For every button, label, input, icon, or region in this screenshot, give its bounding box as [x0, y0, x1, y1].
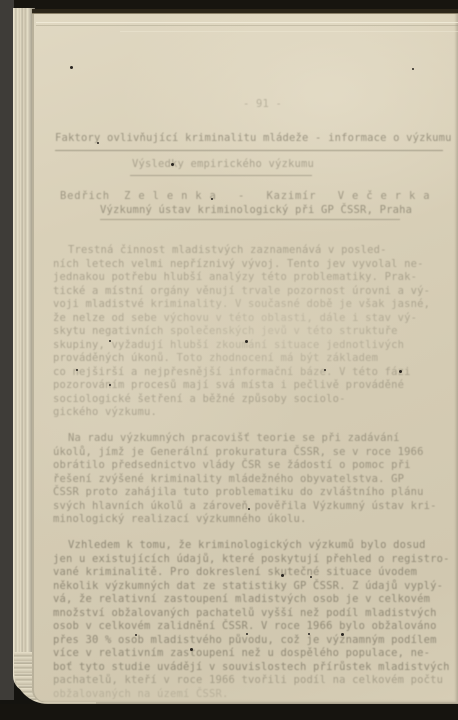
- text-line: řešení zvýšené kriminality mládežného ob…: [53, 473, 404, 487]
- text-line: vané kriminalitě. Pro dokreslení skutečn…: [53, 566, 417, 580]
- text-line: jednakou potřebu hlubší analýzy této pro…: [53, 271, 417, 285]
- dust-speck: [109, 340, 111, 342]
- text-line: co nejširší a nejpřesnější informační bá…: [53, 366, 411, 380]
- text-line: Trestná činnost mladistvých zaznamenává …: [68, 244, 387, 258]
- authors-line: Bedřich Z e l e n k a - Kazimír V e č e …: [60, 190, 430, 204]
- text-line: více v relativním zastoupení než u dospě…: [53, 647, 430, 661]
- text-line: prováděných úkonů. Toto zhodnocení má bý…: [53, 352, 378, 366]
- text-line: obžalovaných na území ČSSR.: [53, 688, 229, 702]
- dust-speck: [248, 508, 250, 510]
- text-line: přes 30 % osob mladistvého původu, což j…: [53, 634, 437, 648]
- dust-speck: [76, 369, 78, 371]
- dust-speck: [135, 634, 137, 636]
- article-subheading: Výsledky empirického výzkumu: [132, 158, 314, 172]
- page-crease: [36, 22, 458, 23]
- dust-speck: [211, 198, 213, 200]
- dust-speck: [281, 574, 284, 577]
- dust-speck: [341, 633, 344, 636]
- text-line: gického výzkumu.: [53, 406, 157, 420]
- page-top-edge: [32, 9, 458, 13]
- text-line: svých hlavních úkolů a zároveň pověřila …: [53, 500, 437, 514]
- text-line: minologický realizací výzkumného úkolu.: [53, 513, 307, 527]
- text-line: pachatelů, kteří v roce 1966 tvořili pod…: [53, 674, 443, 688]
- text-line: sociologické šetření a běžné způsoby soc…: [53, 393, 346, 407]
- scan-bottom-border: [0, 704, 458, 720]
- text-line: několik výzkumných dat ze statistiky GP …: [53, 580, 443, 594]
- dust-speck: [324, 369, 326, 371]
- dust-speck: [310, 576, 312, 578]
- dust-speck: [308, 633, 310, 635]
- text-line: tické a místní orgány věnují trvale pozo…: [53, 285, 430, 299]
- dust-speck: [412, 68, 414, 70]
- page-crease: [36, 25, 458, 26]
- text-line: osob v celkovém zalidnění ČSSR. V roce 1…: [53, 620, 437, 634]
- text-line: ČSSR proto zahájila tuto problematiku do…: [53, 486, 424, 500]
- article-heading: Faktory ovlivňující kriminalitu mládeže …: [55, 132, 452, 146]
- dust-speck: [109, 384, 111, 386]
- dust-speck: [171, 163, 174, 166]
- text-line: jen u existujících údajů, které poskytuj…: [53, 553, 450, 567]
- text-line: boť tyto studie uvádějí v souvislostech …: [53, 661, 450, 675]
- dust-speck: [399, 370, 402, 373]
- text-line: úkolů, jímž je Generální prokuratura ČSS…: [53, 446, 424, 460]
- subheading-underline: [130, 175, 312, 176]
- affiliation-underline: [100, 219, 400, 220]
- text-line: skytu negativních společenských jevů v t…: [53, 325, 398, 339]
- affiliation-line: Výzkumný ústav kriminologický při GP ČSS…: [100, 204, 412, 218]
- text-line: pozorováním procesů mají svá místa i peč…: [53, 379, 404, 393]
- text-line: množství obžalovaných pachatelů vyšší ne…: [53, 607, 437, 621]
- heading-underline: [55, 150, 443, 151]
- dust-speck: [70, 66, 73, 69]
- text-line: Vzhledem k tomu, že kriminologických výz…: [68, 539, 426, 553]
- text-line: že nelze od sebe výchovu v této oblasti,…: [53, 312, 417, 326]
- page-crease: [120, 31, 458, 32]
- text-line: vá, že relativní zastoupení mladistvých …: [53, 593, 430, 607]
- text-line: skupiny, vyžadují hlubší zkoumání situac…: [53, 339, 404, 353]
- scan-left-background: [0, 0, 14, 700]
- dust-speck: [97, 142, 99, 144]
- dust-speck: [246, 633, 248, 635]
- text-line: ních letech velmi nepříznivý vývoj. Tent…: [53, 258, 424, 272]
- text-line: obrátilo předsednictvo vlády ČSR se žádo…: [53, 459, 411, 473]
- page-number: - 91 -: [243, 98, 282, 112]
- dust-speck: [190, 648, 193, 651]
- text-line: Na radu výzkumných pracovišť teorie se p…: [68, 432, 400, 446]
- dust-speck: [245, 340, 248, 343]
- text-line: voji mladistvé kriminality. V současné d…: [53, 298, 430, 312]
